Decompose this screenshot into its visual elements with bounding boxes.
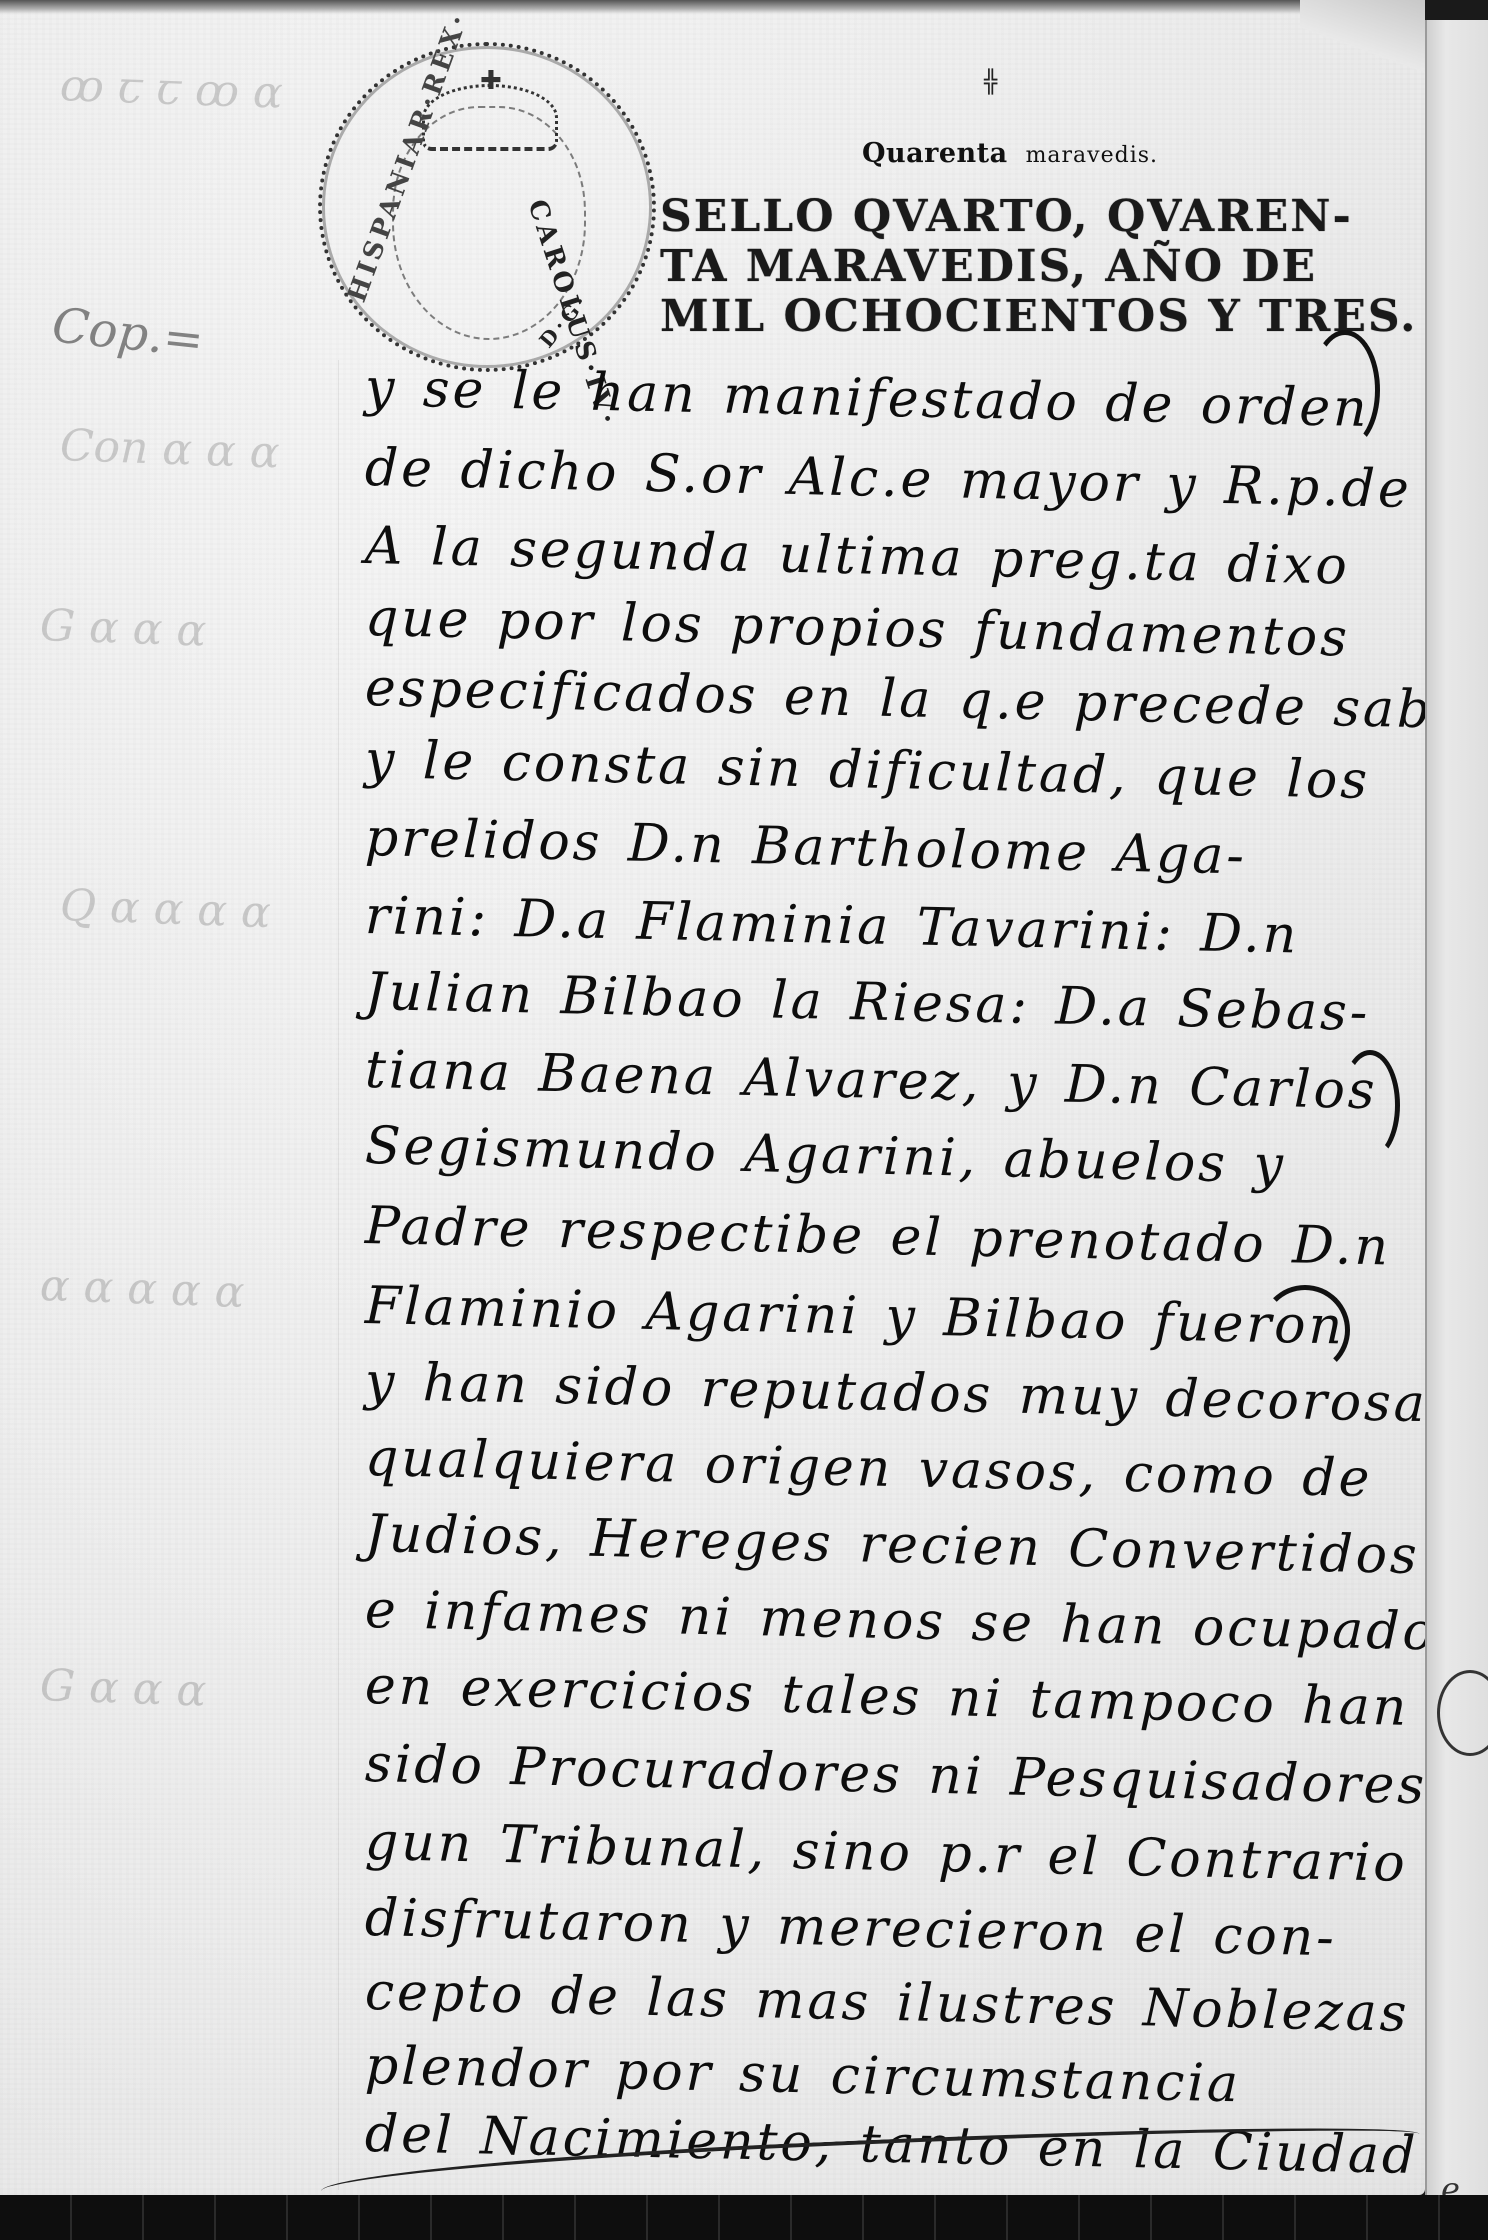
adjacent-page-mark — [1437, 1670, 1488, 1756]
bleed-through-text: ɑ ɑ ɑ ɑ ɑ — [39, 1260, 245, 1318]
handwritten-line: Flaminio Agarini y Bilbao fueron — [364, 1276, 1405, 1358]
handwritten-line: sido Procuradores ni Pesquisadores por n… — [364, 1734, 1405, 1816]
handwritten-line: que por los propios fundamentos — [364, 588, 1405, 670]
tax-mark-icon: ╬ — [984, 70, 997, 95]
bleed-through-text: G ɑ ɑ ɑ — [39, 1660, 207, 1717]
handwritten-line: rini: D.a Flaminia Tavarini: D.n — [364, 886, 1405, 968]
handwritten-line: y se le han manifestado de orden — [364, 358, 1405, 440]
denomination-unit: maravedis. — [1026, 143, 1158, 168]
handwritten-line: Padre respectibe el prenotado D.n — [364, 1196, 1405, 1278]
handwritten-line: A la segunda ultima preg.ta dixo — [364, 516, 1405, 598]
margin-note: Cop.= — [49, 297, 206, 369]
handwritten-line: disfrutaron y merecieron el con- — [364, 1888, 1405, 1970]
stamp-line: MIL OCHOCIENTOS Y TRES. — [660, 292, 1380, 342]
handwritten-line: Julian Bilbao la Riesa: D.a Sebas- — [364, 962, 1405, 1044]
bleed-through-text: Q ɑ ɑ ɑ ɑ — [59, 880, 272, 938]
bleed-through-text: G ɑ ɑ ɑ — [39, 600, 207, 657]
bleed-through-text: ꝏ ꞇ ꞇ ꝏ ɑ — [59, 60, 284, 119]
handwritten-line: Segismundo Agarini, abuelos y — [364, 1116, 1405, 1198]
cross-icon: ✚ — [480, 66, 502, 96]
flourish-mark — [1310, 330, 1380, 450]
stamp-line: TA MARAVEDIS, AÑO DE — [660, 242, 1380, 292]
flourish-mark — [1260, 1285, 1350, 1375]
handwritten-line: prelidos D.n Bartholome Aga- — [364, 808, 1405, 890]
handwritten-line: y le consta sin dificultad, que los — [364, 730, 1405, 812]
stamp-line: SELLO QVARTO, QVAREN- — [660, 192, 1380, 242]
flourish-mark — [1340, 1050, 1400, 1160]
royal-seal: ✚ CAROLUS·IV· HISPANIAR·REX· D·G· — [318, 42, 656, 372]
handwritten-line: plendor por su circumstancia — [364, 2036, 1405, 2118]
handwritten-line: de dicho S.or Alc.e mayor y R.p.de — [364, 438, 1405, 520]
handwritten-line: gun Tribunal, sino p.r el Contrario — [364, 1812, 1405, 1894]
adjacent-page-edge: e — [1425, 20, 1488, 2200]
handwritten-line: y han sido reputados muy decorosa — [364, 1352, 1405, 1434]
handwritten-line: Judios, Hereges recien Convertidos — [364, 1504, 1405, 1586]
bleed-through-text: Con ɑ ɑ ɑ — [59, 420, 280, 479]
handwritten-line: en exercicios tales ni tampoco han — [364, 1656, 1405, 1738]
folded-corner — [1300, 0, 1425, 90]
handwritten-line: e infames ni menos se han ocupado — [364, 1580, 1405, 1662]
margin-fold-line — [338, 360, 339, 2190]
stamp-header: SELLO QVARTO, QVAREN- TA MARAVEDIS, AÑO … — [660, 192, 1380, 342]
page-top-edge — [0, 0, 1425, 14]
handwritten-line: especificados en la q.e precede sabe — [364, 658, 1405, 740]
manuscript-page: ꝏ ꞇ ꞇ ꝏ ɑ Con ɑ ɑ ɑ G ɑ ɑ ɑ Q ɑ ɑ ɑ ɑ ɑ … — [0, 0, 1425, 2195]
handwritten-line: tiana Baena Alvarez, y D.n Carlos — [364, 1040, 1405, 1122]
scanner-background — [0, 2195, 1488, 2240]
denomination-word: Quarenta — [862, 138, 1008, 169]
denomination-line: Quarenta maravedis. — [862, 138, 1158, 169]
handwritten-line: qualquiera origen vasos, como de — [364, 1428, 1405, 1510]
handwritten-line: cepto de las mas ilustres Noblezas y es- — [364, 1962, 1405, 2044]
